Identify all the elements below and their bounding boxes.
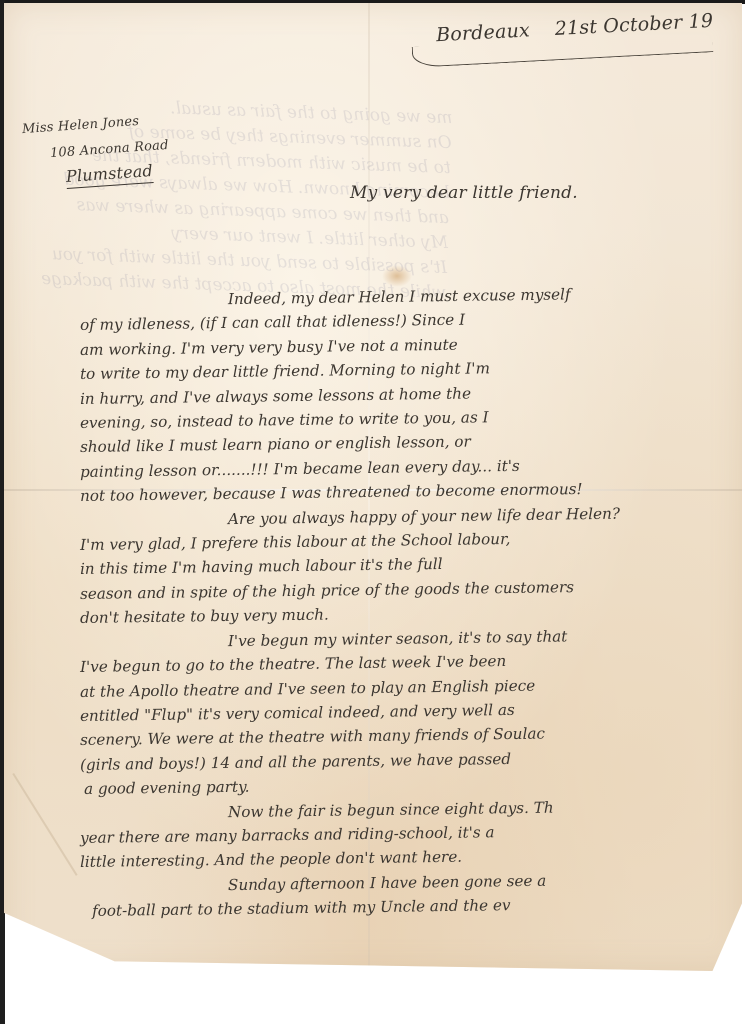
letter-paper: me we going to the fair as usual. On sum… — [4, 3, 742, 971]
corner-fold-crease — [12, 773, 77, 876]
letter-body: Indeed, my dear Helen I must excuse myse… — [96, 289, 745, 924]
salutation: My very dear little friend. — [350, 183, 578, 203]
scan-canvas: me we going to the fair as usual. On sum… — [0, 0, 745, 1024]
